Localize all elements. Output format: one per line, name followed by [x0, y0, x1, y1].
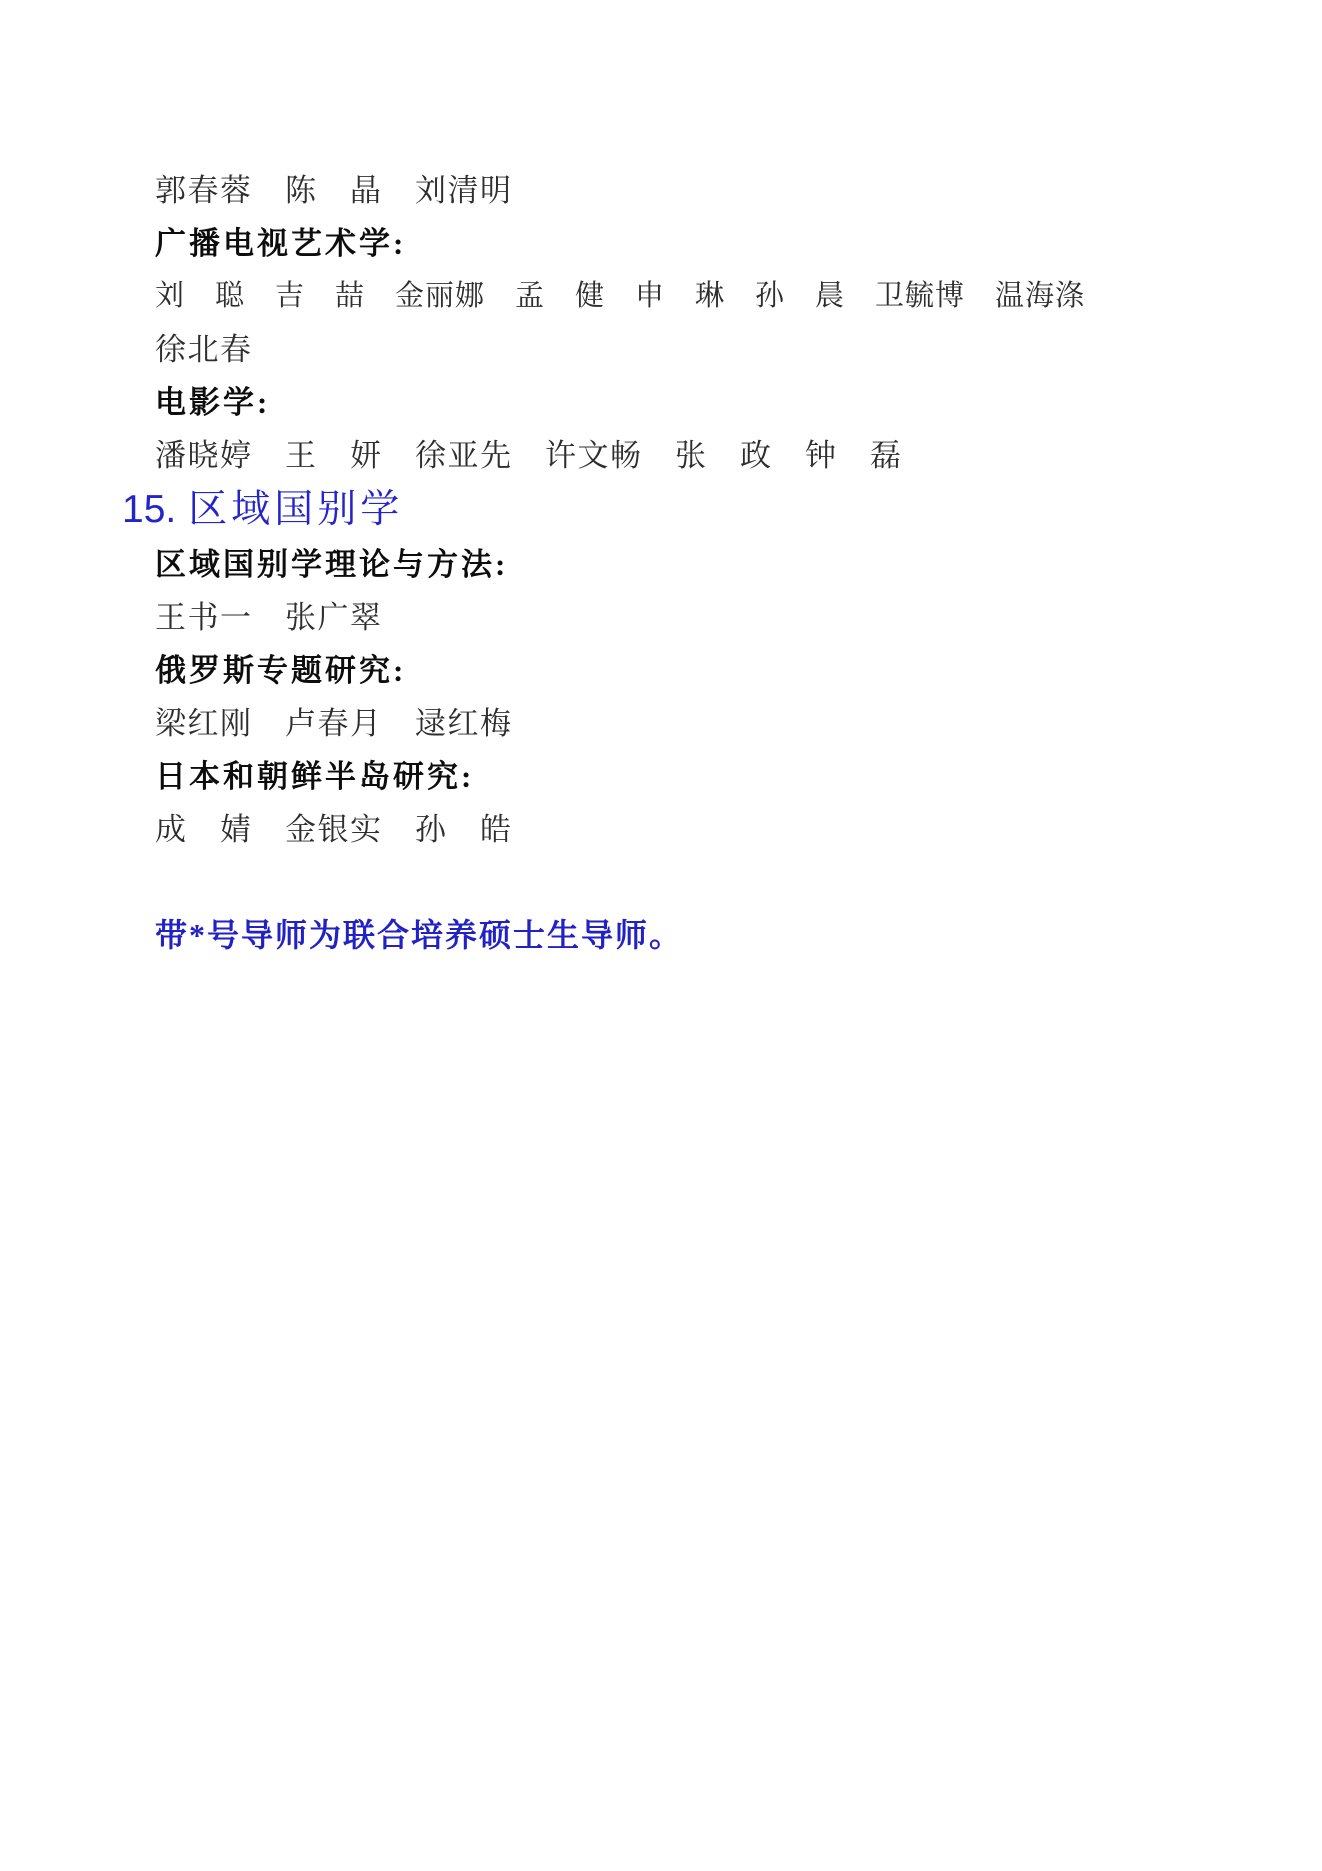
subject-heading-russia-studies: 俄罗斯专题研究: — [155, 644, 1195, 697]
subject-heading-japan-korea-studies: 日本和朝鲜半岛研究: — [155, 750, 1195, 803]
names-line: 潘晓婷 王 妍 徐亚先 许文畅 张 政 钟 磊 — [155, 429, 1195, 482]
names-line: 成 婧 金银实 孙 皓 — [155, 803, 1195, 856]
page-content: 郭春蓉 陈 晶 刘清明 广播电视艺术学: 刘 聪 吉 喆 金丽娜 孟 健 申 琳… — [155, 164, 1195, 962]
chapter-title: 区域国别学 — [188, 488, 403, 531]
names-line: 刘 聪 吉 喆 金丽娜 孟 健 申 琳 孙 晨 卫毓博 温海涤 — [155, 270, 1195, 323]
subject-heading-film-studies: 电影学: — [155, 376, 1195, 429]
subject-heading-area-studies-theory: 区域国别学理论与方法: — [155, 538, 1195, 591]
names-line: 徐北春 — [155, 323, 1195, 376]
names-line: 郭春蓉 陈 晶 刘清明 — [155, 164, 1195, 217]
chapter-number: 15. — [122, 488, 176, 531]
document-page: 郭春蓉 陈 晶 刘清明 广播电视艺术学: 刘 聪 吉 喆 金丽娜 孟 健 申 琳… — [0, 0, 1322, 1871]
footnote-text: 带*号导师为联合培养硕士生导师。 — [155, 909, 1195, 962]
names-line: 王书一 张广翠 — [155, 591, 1195, 644]
blank-line — [155, 856, 1195, 909]
chapter-heading: 15.区域国别学 — [122, 482, 1195, 538]
names-line: 梁红刚 卢春月 逯红梅 — [155, 697, 1195, 750]
subject-heading-broadcast-tv-arts: 广播电视艺术学: — [155, 217, 1195, 270]
